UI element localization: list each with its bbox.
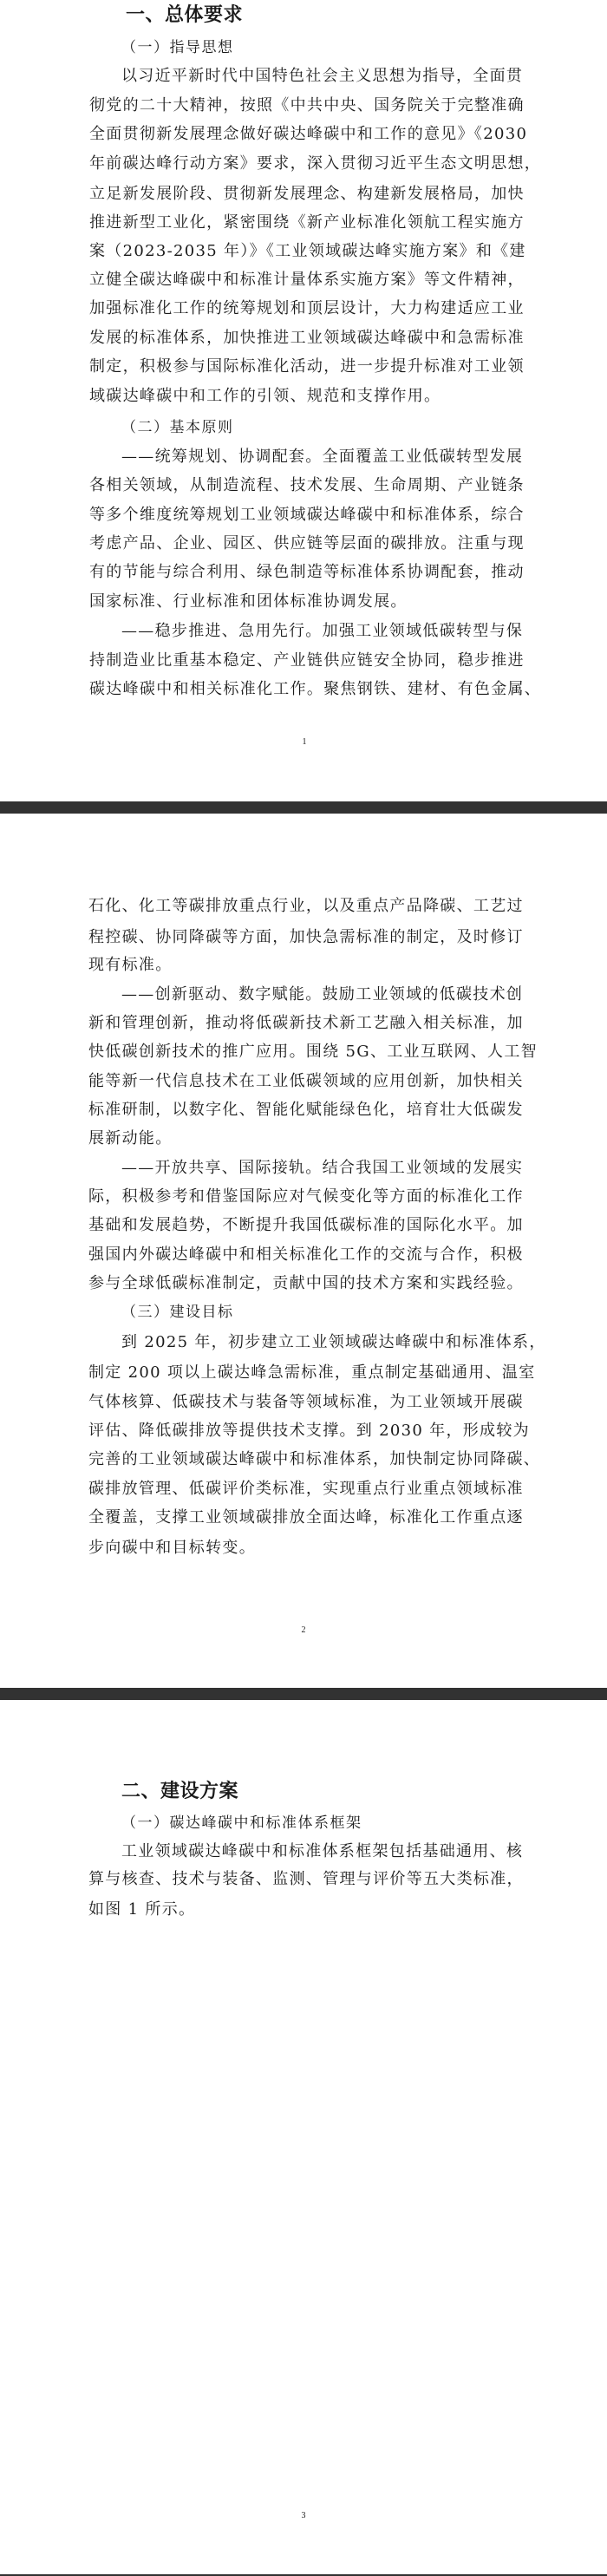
text-line: 如图 1 所示。 <box>88 1900 195 1919</box>
text-line: 完善的工业领域碳达峰碳中和标准体系，加快制定协同降碳、 <box>88 1450 540 1469</box>
section-heading: 二、建设方案 <box>121 1781 238 1803</box>
text-line: 际，积极参考和借鉴国际应对气候变化等方面的标准化工作 <box>88 1187 524 1206</box>
text-line: 立健全碳达峰碳中和标准计量体系实施方案》等文件精神， <box>89 271 525 290</box>
text-line: 碳达峰碳中和相关标准化工作。聚焦钢铁、建材、有色金属、 <box>89 680 541 699</box>
text-line: 年前碳达峰行动方案》要求，深入贯彻习近平生态文明思想， <box>89 154 541 173</box>
text-line: 评估、降低碳排放等提供技术支撑。到 2030 年，形成较为 <box>88 1422 530 1441</box>
text-line: 展新动能。 <box>88 1129 173 1148</box>
text-line: 制定 200 项以上碳达峰急需标准，重点制定基础通用、温室 <box>88 1363 536 1383</box>
text-line: 制定，积极参与国际标准化活动，进一步提升标准对工业领 <box>89 357 525 376</box>
text-line: 加强标准化工作的统筹规划和顶层设计，大力构建适应工业 <box>89 299 525 318</box>
text-line: ——统筹规划、协调配套。全面覆盖工业低碳转型发展 <box>121 448 523 467</box>
text-line: 考虑产品、企业、园区、供应链等层面的碳排放。注重与现 <box>89 534 525 553</box>
text-line: 立足新发展阶段、贯彻新发展理念、构建新发展格局，加快 <box>89 185 525 204</box>
page-1: 一、总体要求 （一）指导思想 以习近平新时代中国特色社会主义思想为指导，全面贯 … <box>0 0 607 801</box>
text-line: 基础和发展趋势，不断提升我国低碳标准的国际化水平。加 <box>88 1216 524 1235</box>
text-line: 工业领域碳达峰碳中和标准体系框架包括基础通用、核 <box>121 1842 523 1861</box>
page-separator <box>0 801 607 814</box>
text-line: 到 2025 年，初步建立工业领域碳达峰碳中和标准体系， <box>121 1333 546 1352</box>
page-2: 石化、化工等碳排放重点行业，以及重点产品降碳、工艺过 程控碳、协同降碳等方面，加… <box>0 814 607 1688</box>
text-line: 全覆盖，支撑工业领域碳排放全面达峰，标准化工作重点逐 <box>88 1508 524 1527</box>
text-line: 持制造业比重基本稳定、产业链供应链安全协同，稳步推进 <box>89 651 525 670</box>
text-line: 石化、化工等碳排放重点行业，以及重点产品降碳、工艺过 <box>88 897 524 916</box>
page-number: 3 <box>295 2511 312 2521</box>
text-line: 推进新型工业化，紧密围绕《新产业标准化领航工程实施方 <box>89 213 525 232</box>
text-line: 参与全球低碳标准制定，贡献中国的技术方案和实践经验。 <box>88 1274 524 1293</box>
text-line: 标准研制，以数字化、智能化赋能绿色化，培育壮大低碳发 <box>88 1101 524 1120</box>
text-line: 全面贯彻新发展理念做好碳达峰碳中和工作的意见》《2030 <box>89 125 527 144</box>
text-line: ——创新驱动、数字赋能。鼓励工业领域的低碳技术创 <box>121 985 523 1004</box>
text-line: 案（2023-2035 年）》《工业领域碳达峰实施方案》和《建 <box>89 242 526 261</box>
page-number: 1 <box>296 737 313 748</box>
text-line: 碳排放管理、低碳评价类标准，实现重点行业重点领域标准 <box>88 1480 524 1499</box>
text-line: 域碳达峰碳中和工作的引领、规范和支撑作用。 <box>89 387 441 406</box>
text-line: 彻党的二十大精神，按照《中共中央、国务院关于完整准确 <box>89 96 525 115</box>
subheading: （一）碳达峰碳中和标准体系框架 <box>121 1814 362 1833</box>
text-line: 算与核查、技术与装备、监测、管理与评价等五大类标准， <box>88 1870 524 1889</box>
text-line: 步向碳中和目标转变。 <box>88 1539 256 1558</box>
text-line: 等多个维度统筹规划工业领域碳达峰碳中和标准体系，综合 <box>89 506 525 525</box>
subheading: （二）基本原则 <box>121 418 234 437</box>
text-line: 现有标准。 <box>88 956 173 975</box>
text-line: 强国内外碳达峰碳中和相关标准化工作的交流与合作，积极 <box>88 1246 524 1265</box>
page-3: 二、建设方案 （一）碳达峰碳中和标准体系框架 工业领域碳达峰碳中和标准体系框架包… <box>0 1700 607 2574</box>
text-line: 有的节能与综合利用、绿色制造等标准体系协调配套，推动 <box>89 563 525 582</box>
text-line: 新和管理创新，推动将低碳新技术新工艺融入相关标准，加 <box>88 1014 524 1033</box>
section-heading: 一、总体要求 <box>126 4 243 27</box>
text-line: ——稳步推进、急用先行。加强工业领域低碳转型与保 <box>121 622 523 641</box>
text-line: 各相关领域，从制造流程、技术发展、生命周期、产业链条 <box>89 476 525 495</box>
text-line: 程控碳、协同降碳等方面，加快急需标准的制定，及时修订 <box>88 928 524 947</box>
text-line: 国家标准、行业标准和团体标准协调发展。 <box>89 592 408 611</box>
text-line: 能等新一代信息技术在工业低碳领域的应用创新，加快相关 <box>88 1072 524 1091</box>
page-separator <box>0 1688 607 1700</box>
text-line: 以习近平新时代中国特色社会主义思想为指导，全面贯 <box>121 67 523 86</box>
text-line: 发展的标准体系，加快推进工业领域碳达峰碳中和急需标准 <box>89 329 525 348</box>
text-line: 快低碳创新技术的推广应用。围绕 5G、工业互联网、人工智 <box>88 1043 538 1062</box>
text-line: ——开放共享、国际接轨。结合我国工业领域的发展实 <box>121 1159 523 1178</box>
subheading: （三）建设目标 <box>121 1303 234 1322</box>
page-number: 2 <box>295 1625 312 1636</box>
subheading: （一）指导思想 <box>121 38 234 57</box>
text-line: 气体核算、低碳技术与装备等领域标准，为工业领域开展碳 <box>88 1393 524 1412</box>
